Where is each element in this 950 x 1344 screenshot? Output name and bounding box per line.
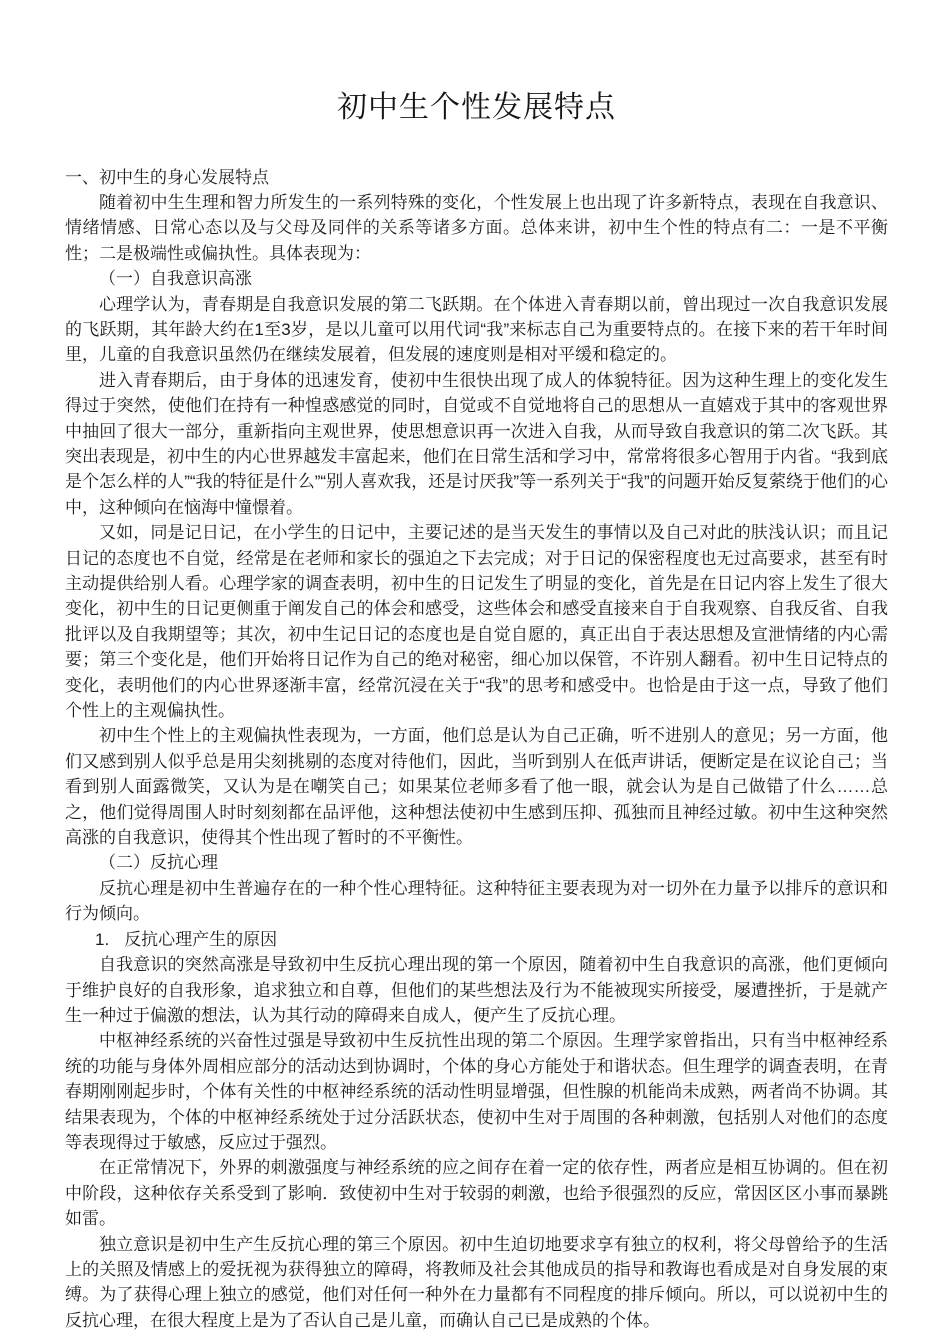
resistance-cause-paragraph-4: 独立意识是初中生产生反抗心理的第三个原因。初中生迫切地要求享有独立的权利，将父母…: [65, 1232, 888, 1334]
subsection-self-awareness-heading: （一）自我意识高涨: [65, 266, 888, 291]
resistance-intro-paragraph: 反抗心理是初中生普遍存在的一种个性心理特征。这种特征主要表现为对一切外在力量予以…: [65, 876, 888, 927]
resistance-cause-heading: 1.反抗心理产生的原因: [65, 927, 888, 952]
section-1-heading: 一、初中生的身心发展特点: [65, 165, 888, 190]
resistance-cause-paragraph-3: 在正常情况下，外界的刺激强度与神经系统的应之间存在着一定的依存性，两者应是相互协…: [65, 1155, 888, 1231]
subsection-resistance-heading: （二）反抗心理: [65, 850, 888, 875]
document-page: 初中生个性发展特点 一、初中生的身心发展特点 随着初中生生理和智力所发生的一系列…: [0, 0, 950, 1344]
self-awareness-paragraph-4: 初中生个性上的主观偏执性表现为，一方面，他们总是认为自己正确，听不进别人的意见；…: [65, 723, 888, 850]
self-awareness-paragraph-1: 心理学认为，青春期是自我意识发展的第二飞跃期。在个体进入青春期以前，曾出现过一次…: [65, 292, 888, 368]
self-awareness-paragraph-3: 又如，同是记日记，在小学生的日记中，主要记述的是当天发生的事情以及自己对此的肤浅…: [65, 520, 888, 723]
section-1-intro-paragraph: 随着初中生生理和智力所发生的一系列特殊的变化，个性发展上也出现了许多新特点，表现…: [65, 190, 888, 266]
resistance-cause-paragraph-2: 中枢神经系统的兴奋性过强是导致初中生反抗性出现的第二个原因。生理学家曾指出，只有…: [65, 1028, 888, 1155]
resistance-cause-paragraph-1: 自我意识的突然高涨是导致初中生反抗心理出现的第一个原因，随着初中生自我意识的高涨…: [65, 952, 888, 1028]
document-title: 初中生个性发展特点: [65, 88, 888, 129]
self-awareness-paragraph-2: 进入青春期后，由于身体的迅速发育，使初中生很快出现了成人的体貌特征。因为这种生理…: [65, 368, 888, 520]
cause-heading-text: 反抗心理产生的原因: [124, 930, 277, 949]
cause-number-label: 1.: [95, 927, 109, 952]
